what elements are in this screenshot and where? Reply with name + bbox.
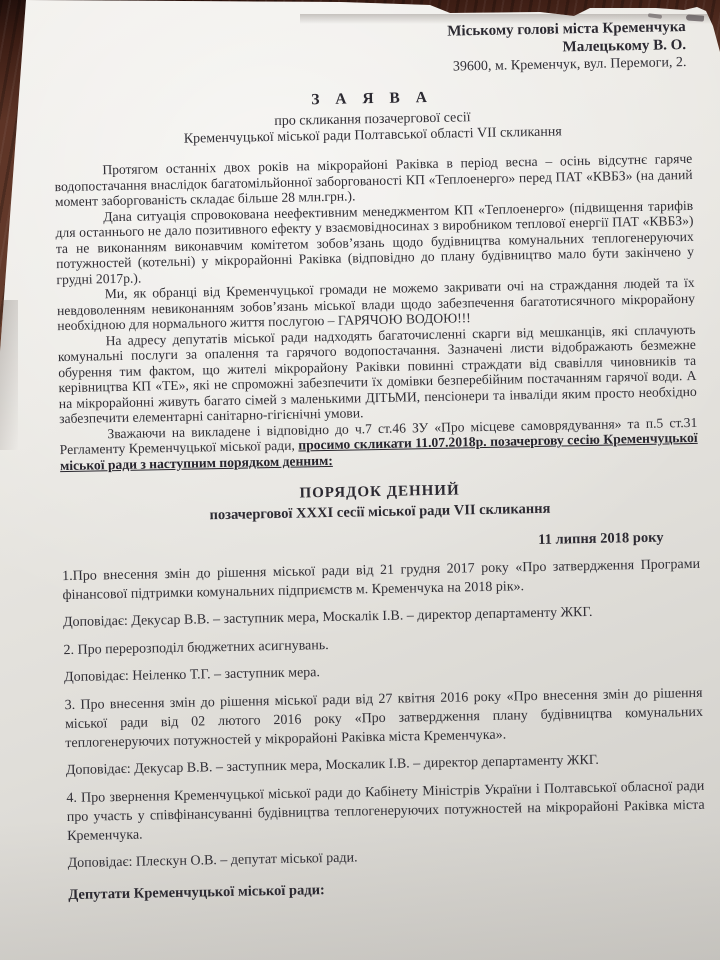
- recipient-block: Міському голові міста Кременчука Малецьк…: [52, 18, 691, 84]
- agenda-item-1: 1.Про внесення змін до рішення міської р…: [62, 555, 701, 605]
- body-text: Протягом останніх двох років на мікрорай…: [54, 151, 698, 473]
- agenda-item-3: 3. Про внесення змін до рішення міської …: [64, 684, 703, 753]
- deputies-footer: Депутати Кременчуцької міської ради:: [68, 875, 706, 904]
- agenda-date: 11 липня 2018 року: [61, 529, 699, 558]
- document-content: Міському голові міста Кременчука Малецьк…: [52, 18, 707, 904]
- paper-sheet: Міському голові міста Кременчука Малецьк…: [0, 0, 720, 960]
- agenda-item-2: 2. Про перерозподіл бюджетних асигнувань…: [63, 629, 701, 660]
- paragraph-4: На адресу депутатів міської ради надходя…: [57, 321, 697, 426]
- agenda-item-4: 4. Про звернення Кременчуцької міської р…: [66, 777, 705, 846]
- agenda-speaker-4: Доповідає: Плескун О.В. – депутат місько…: [67, 842, 705, 873]
- agenda-heading-block: ПОРЯДОК ДЕННИЙ позачергової XXXI сесії м…: [60, 476, 699, 528]
- paper-left-shade: [0, 300, 18, 450]
- title-block: З А Я В А про скликання позачергової сес…: [53, 85, 692, 150]
- paragraph-2: Дана ситуація спровокована неефективним …: [55, 197, 694, 287]
- agenda-speaker-2: Доповідає: Неіленко Т.Г. – заступник мер…: [64, 656, 702, 687]
- document-photo: Міському голові міста Кременчука Малецьк…: [0, 0, 720, 960]
- agenda-speaker-3: Доповідає: Декусар В.В. – заступник мера…: [66, 749, 704, 780]
- agenda-speaker-1: Доповідає: Декусар В.В. – заступник мера…: [63, 601, 701, 632]
